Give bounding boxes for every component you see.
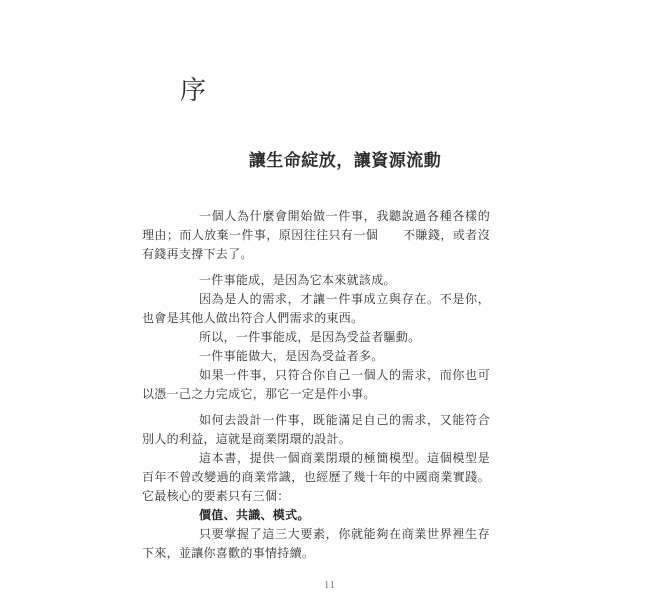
body-text: 一個人為什麼會開始做一件事，我聽說過各種各樣的理由；而人放棄一件事，原因往往只有… <box>142 207 490 563</box>
paragraph: 一件事能做大，是因為受益者多。 <box>142 347 490 366</box>
paragraph: 如何去設計一件事，既能滿足自己的需求，又能符合別人的利益，這就是商業閉環的設計。 <box>142 411 490 449</box>
section-title: 讓生命綻放，讓資源流動 <box>142 151 548 171</box>
chapter-title: 序 <box>180 78 206 104</box>
page-number: 11 <box>0 580 655 591</box>
paragraph: 因為是人的需求，才讓一件事成立與存在。不是你，也會是其他人做出符合人們需求的東西… <box>142 290 490 328</box>
paragraph: 如果一件事，只符合你自己一個人的需求，而你也可以憑一己之力完成它，那它一定是件小… <box>142 366 490 404</box>
book-page: 序 讓生命綻放，讓資源流動 一個人為什麼會開始做一件事，我聽說過各種各樣的理由；… <box>0 0 655 609</box>
paragraph: 一件事能成，是因為它本來就該成。 <box>142 271 490 290</box>
paragraph: 這本書，提供一個商業閉環的極簡模型。這個模型是百年不曾改變過的商業常識，也經歷了… <box>142 449 490 506</box>
paragraph-key-elements: 價值、共識、模式。 <box>142 506 490 525</box>
paragraph: 所以，一件事能成，是因為受益者驅動。 <box>142 328 490 347</box>
paragraph: 一個人為什麼會開始做一件事，我聽說過各種各樣的理由；而人放棄一件事，原因往往只有… <box>142 207 490 264</box>
paragraph: 只要掌握了這三大要素，你就能夠在商業世界裡生存下來，並讓你喜歡的事情持續。 <box>142 525 490 563</box>
